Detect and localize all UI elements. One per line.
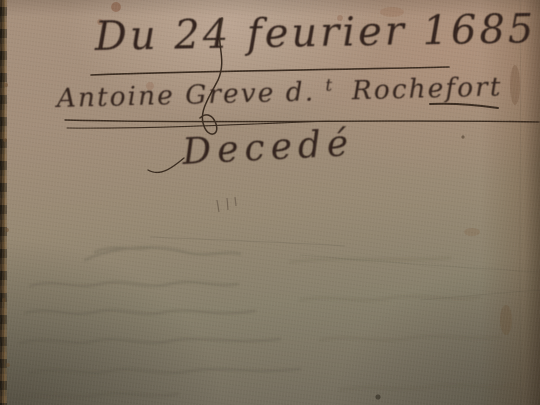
deceased-line: Decedé (180, 123, 355, 173)
deceased-lead-in-swash (148, 158, 184, 172)
name-line-part2: Rochefort (350, 71, 502, 106)
name-line-superscript: t (325, 76, 334, 96)
name-line-part1: Antoine Greve d. (53, 76, 315, 114)
ink-ticks (217, 197, 236, 212)
handwriting-layer: Du 24 feurier 1685 Antoine Greve d. t Ro… (0, 0, 540, 405)
manuscript-photo: Du 24 feurier 1685 Antoine Greve d. t Ro… (0, 0, 540, 405)
paper-creases (150, 0, 540, 405)
bleed-through-writing (18, 247, 515, 398)
date-line: Du 24 feurier 1685 (93, 6, 536, 60)
name-trailing-dash (430, 104, 498, 108)
